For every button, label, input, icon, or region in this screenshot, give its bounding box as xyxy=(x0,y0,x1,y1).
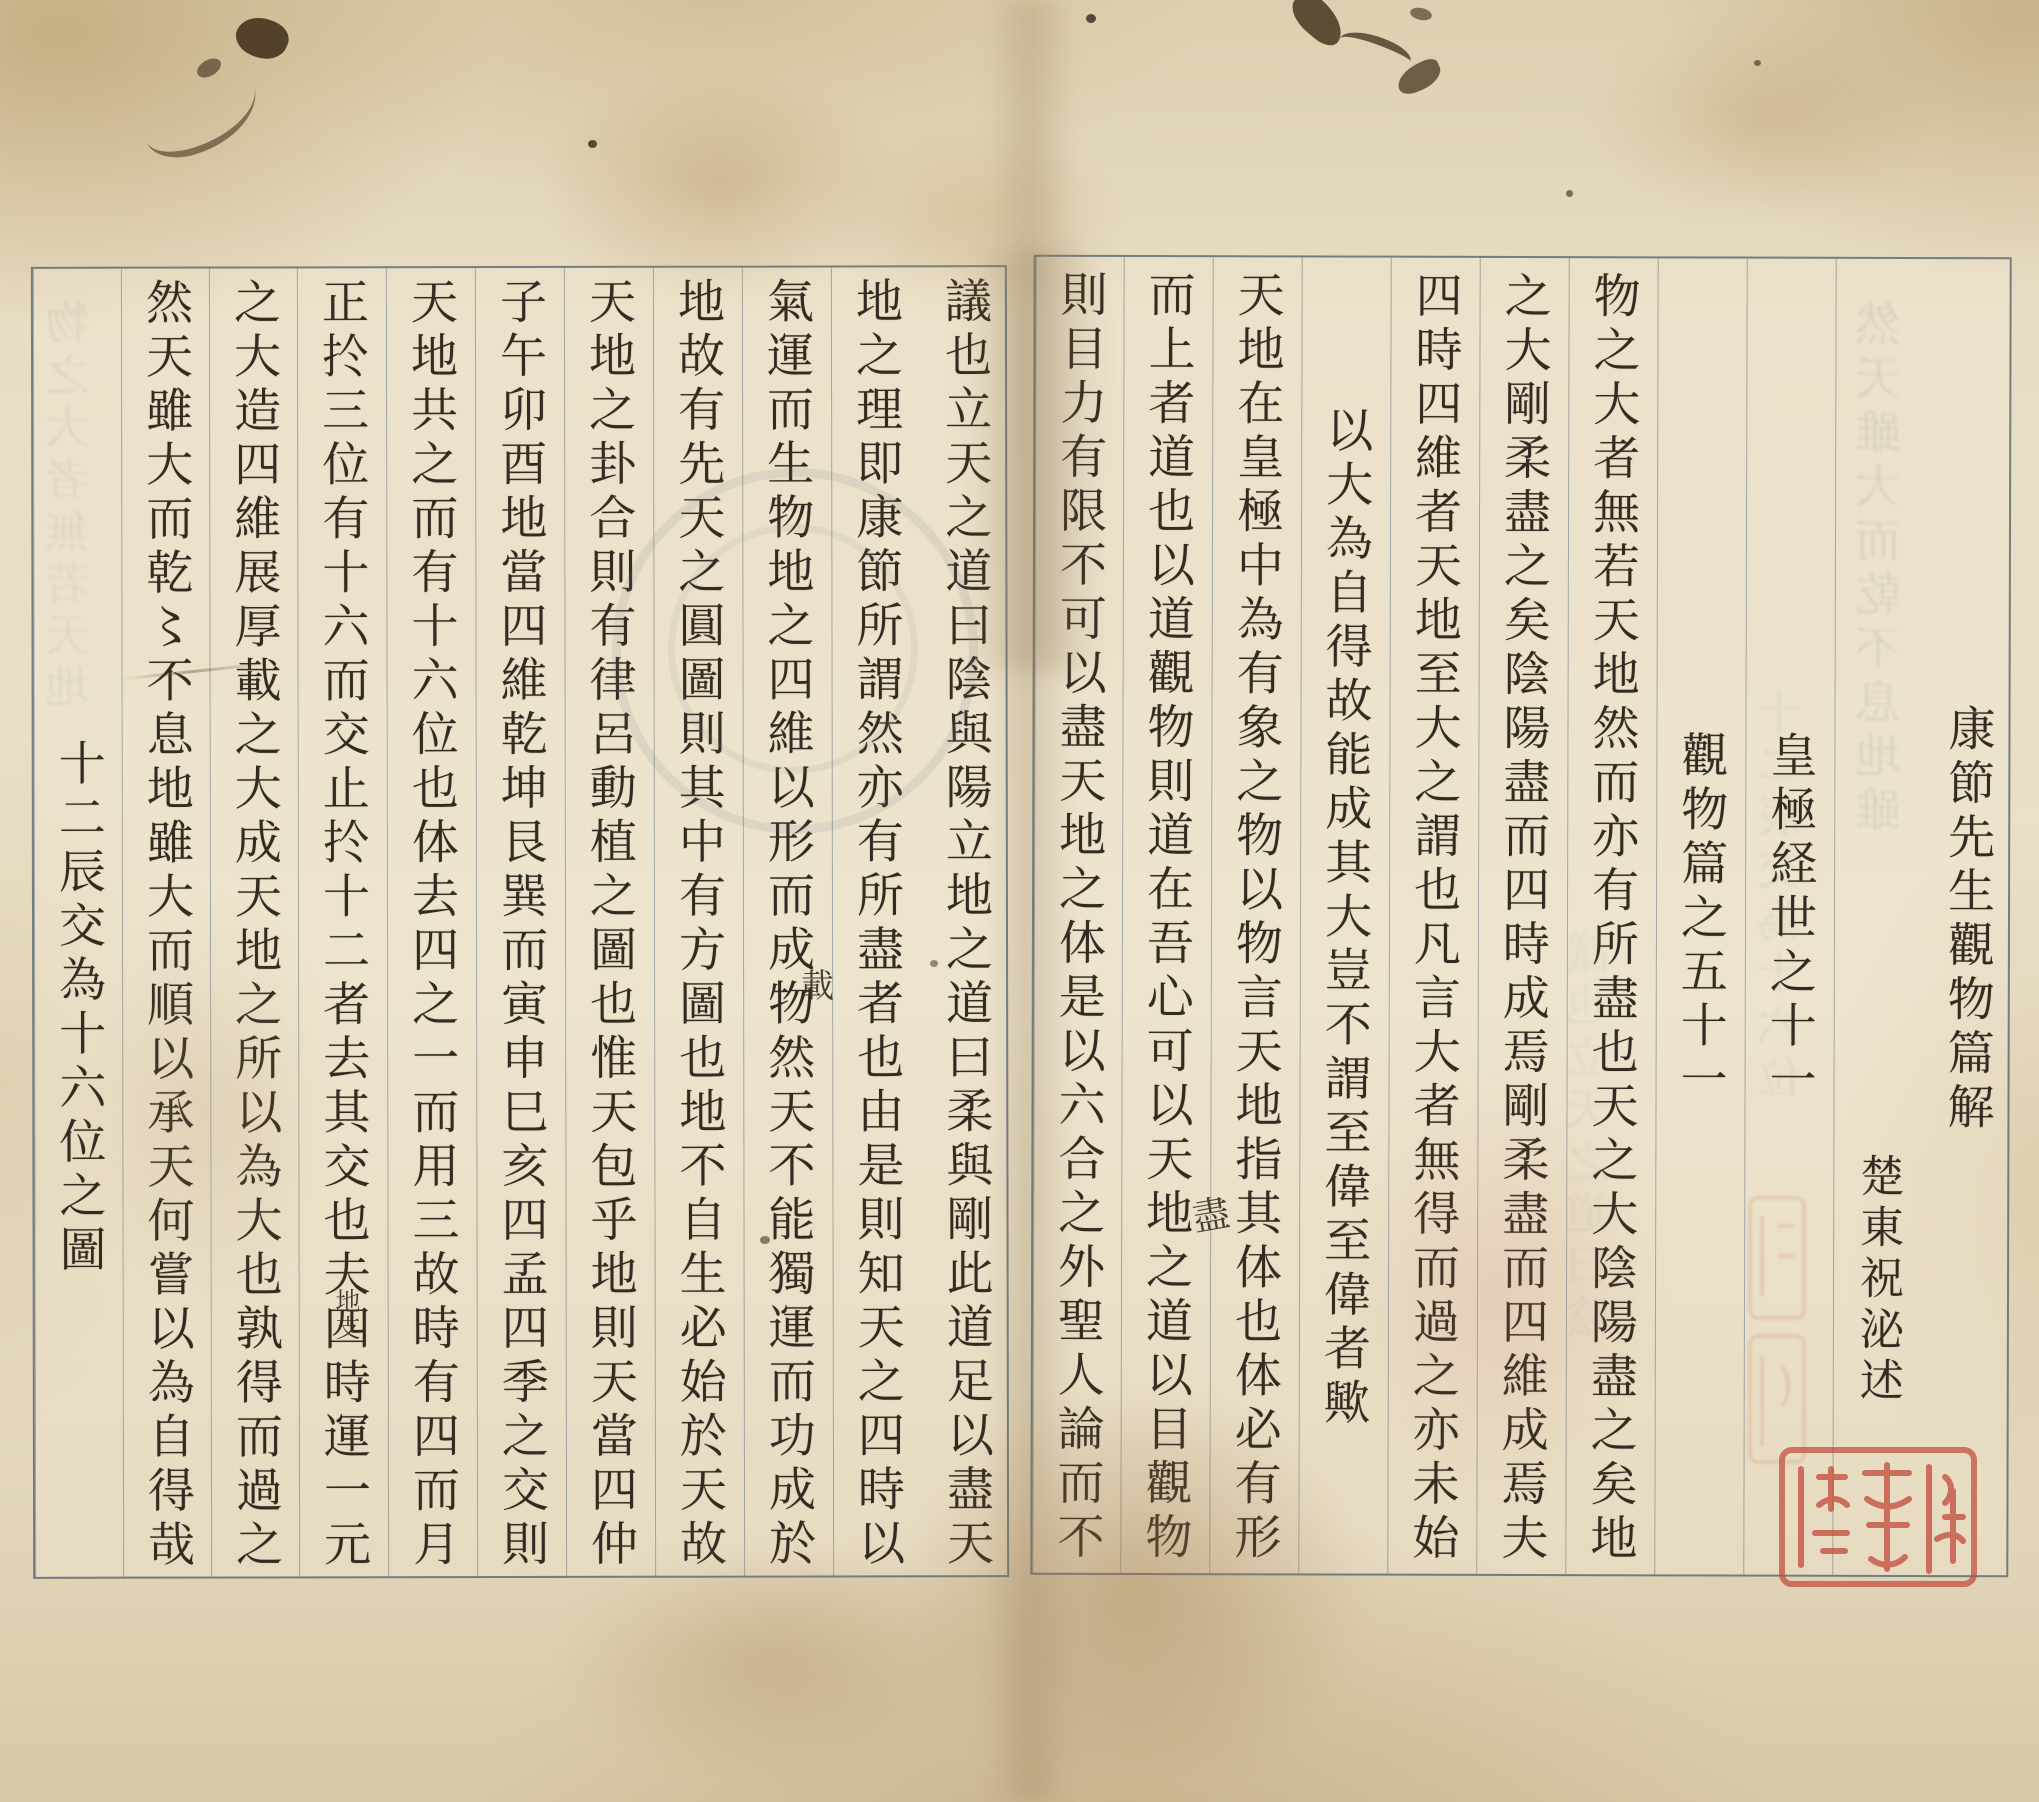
book-scan-spread: 然天雖大而乾不息地雖 十二辰交為十六位 議也立天之道曰陰 物之大者無若天地 康節… xyxy=(0,0,2039,1802)
column-body: 正扵三位有十六而交止扵十二者去其交也夫四時運一元 xyxy=(297,268,388,1576)
column-body: 子午卯酉地當四維乾坤艮巽而寅申巳亥四孟四季之交則 xyxy=(475,268,566,1576)
left-page: 議也立天之道曰陰與陽立地之道曰柔與剛此道足以盡天 地之理即康節所謂然亦有所盡者也… xyxy=(31,265,1009,1579)
foxing-mark xyxy=(1335,23,1414,77)
column-body: 則目力有限不可以盡天地之体是以六合之外聖人論而不 xyxy=(1032,257,1124,1573)
foxing-mark xyxy=(1409,6,1433,22)
foxing-mark xyxy=(131,57,269,167)
column-body: 地之理即康節所謂然亦有所盡者也由是則知天之四時以 xyxy=(831,267,922,1575)
column-body: 之大造四維展厚載之大成天地之所以為大也孰得而過之 xyxy=(209,268,300,1576)
interlinear-insert: 地支 xyxy=(328,1288,364,1342)
ink-speck xyxy=(930,960,938,967)
ghost-seal xyxy=(1748,1196,1806,1464)
column-body: 四時四維者天地至大之謂也凡言大者無得而過之亦未始 xyxy=(1387,258,1479,1574)
bleedthrough-column: 議也立天之道曰陰 xyxy=(1560,930,1624,1346)
column-body: 議也立天之道曰陰與陽立地之道曰柔與剛此道足以盡天 xyxy=(920,267,1011,1575)
column-body: 而上者道也以道觀物則道在吾心可以天地之道以目觀物 xyxy=(1120,257,1212,1573)
stain xyxy=(1590,20,1930,220)
column-title: 康節先生觀物篇解 xyxy=(1921,259,2013,1575)
column-body: 氣運而生物地之四維以形而成物然天不能獨運而功成於 xyxy=(742,267,833,1575)
interlinear-insert: 載 xyxy=(792,968,839,1001)
ghost-circle-diagram xyxy=(668,524,918,774)
collector-seal xyxy=(1779,1447,1977,1587)
ink-speck xyxy=(1754,60,1761,66)
column-body: 物之大者無若天地然而亦有所盡也天之大陰陽盡之矣地 xyxy=(1565,258,1657,1574)
column-body: 然天雖大而乾〻不息地雖大而順以承天何嘗以為自得哉 xyxy=(121,269,212,1577)
ink-speck xyxy=(1086,14,1096,23)
column-body: 地故有先天之圓圖則其中有方圖也地不自生必始於天故 xyxy=(653,268,744,1576)
bleedthrough-column: 十二辰交為十六位 xyxy=(1752,690,1816,1106)
column-chapter: 觀物篇之五十一 xyxy=(1654,258,1746,1574)
column-body: 天地共之而有十六位也体去四之一而用三故時有四而月 xyxy=(386,268,477,1576)
column-body: 之大剛柔盡之矣陰陽盡而四時成焉剛柔盡而四維成焉夫 xyxy=(1476,258,1568,1574)
ink-speck xyxy=(760,1236,770,1244)
column-body: 天地在皇極中為有象之物以物言天地指其体也体必有形 xyxy=(1209,257,1301,1573)
bleedthrough-column: 物之大者無若天地 xyxy=(40,300,104,716)
ink-speck xyxy=(588,140,597,148)
ink-speck xyxy=(1566,190,1573,197)
column-body: 天地之卦合則有律呂動植之圖也惟天包乎地則天當四仲 xyxy=(564,268,655,1576)
bleedthrough-column: 然天雖大而乾不息地雖 xyxy=(1848,300,1914,840)
column-body: 以大為自得故能成其大豈不謂至偉至偉者歟 xyxy=(1298,257,1390,1573)
